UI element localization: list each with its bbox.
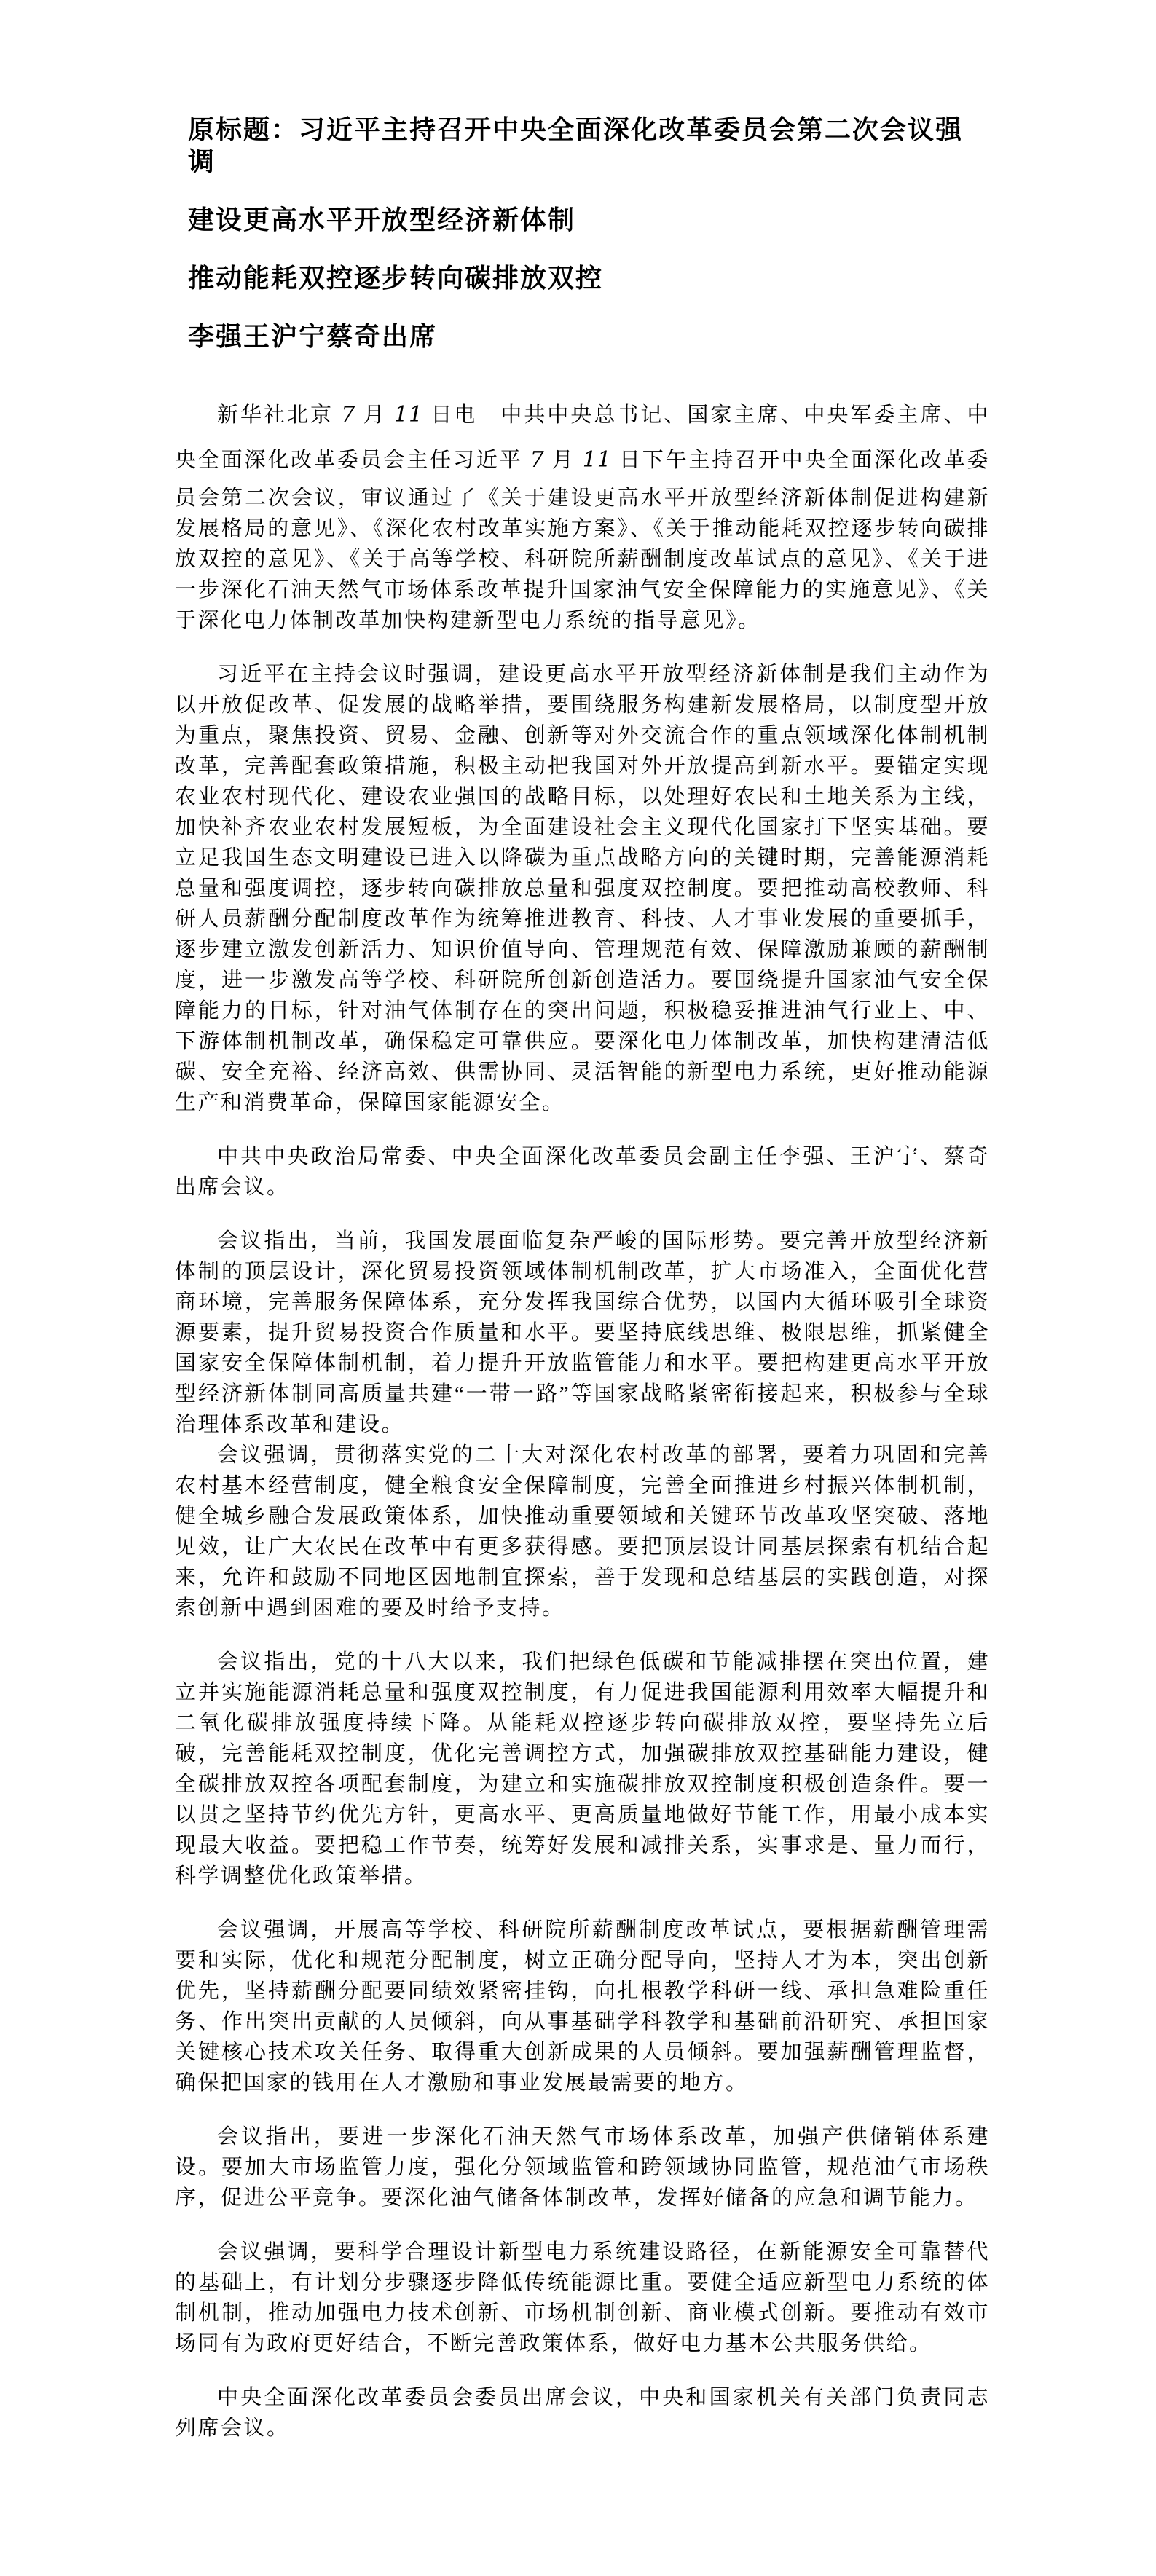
numeral: 7 xyxy=(341,402,355,428)
paragraph-attendees: 中共中央政治局常委、中央全面深化改革委员会副主任李强、王沪宁、蔡奇出席会议。 xyxy=(175,1141,990,1202)
numeral: 11 xyxy=(583,447,612,473)
article-title-block: 原标题：习近平主持召开中央全面深化改革委员会第二次会议强调 建设更高水平开放型经… xyxy=(188,114,990,352)
paragraph-lead: 新华社北京 7 月 11 日电 中共中央总书记、国家主席、中央军委主席、中央全面… xyxy=(175,393,990,636)
numeral: 7 xyxy=(530,447,545,473)
paragraph-power-system: 会议强调，要科学合理设计新型电力系统建设路径，在新能源安全可靠替代的基础上，有计… xyxy=(175,2237,990,2359)
article-subtitle-2: 推动能耗双控逐步转向碳排放双控 xyxy=(188,262,990,294)
article-page: 原标题：习近平主持召开中央全面深化改革委员会第二次会议强调 建设更高水平开放型经… xyxy=(0,0,1156,2576)
paragraph-oil-gas: 会议指出，要进一步深化石油天然气市场体系改革，加强产供储销体系建设。要加大市场监… xyxy=(175,2122,990,2213)
paragraph-salary-reform: 会议强调，开展高等学校、科研院所薪酬制度改革试点，要根据薪酬管理需要和实际，优化… xyxy=(175,1915,990,2098)
paragraph-xi-remarks: 习近平在主持会议时强调，建设更高水平开放型经济新体制是我们主动作为以开放促改革、… xyxy=(175,659,990,1118)
article-body: 新华社北京 7 月 11 日电 中共中央总书记、国家主席、中央军委主席、中央全面… xyxy=(175,393,990,2443)
numeral: 11 xyxy=(394,402,423,428)
paragraph-open-economy: 会议指出，当前，我国发展面临复杂严峻的国际形势。要完善开放型经济新体制的顶层设计… xyxy=(175,1226,990,1440)
paragraph-closing: 中央全面深化改革委员会委员出席会议，中央和国家机关有关部门负责同志列席会议。 xyxy=(175,2382,990,2443)
paragraph-rural-reform: 会议强调，贯彻落实党的二十大对深化农村改革的部署，要着力巩固和完善农村基本经营制… xyxy=(175,1440,990,1623)
paragraph-carbon-control: 会议指出，党的十八大以来，我们把绿色低碳和节能减排摆在突出位置，建立并实施能源消… xyxy=(175,1647,990,1891)
article-subtitle-1: 建设更高水平开放型经济新体制 xyxy=(188,204,990,236)
article-original-title: 原标题：习近平主持召开中央全面深化改革委员会第二次会议强调 xyxy=(188,114,990,178)
article-subtitle-attendees: 李强王沪宁蔡奇出席 xyxy=(188,320,990,352)
